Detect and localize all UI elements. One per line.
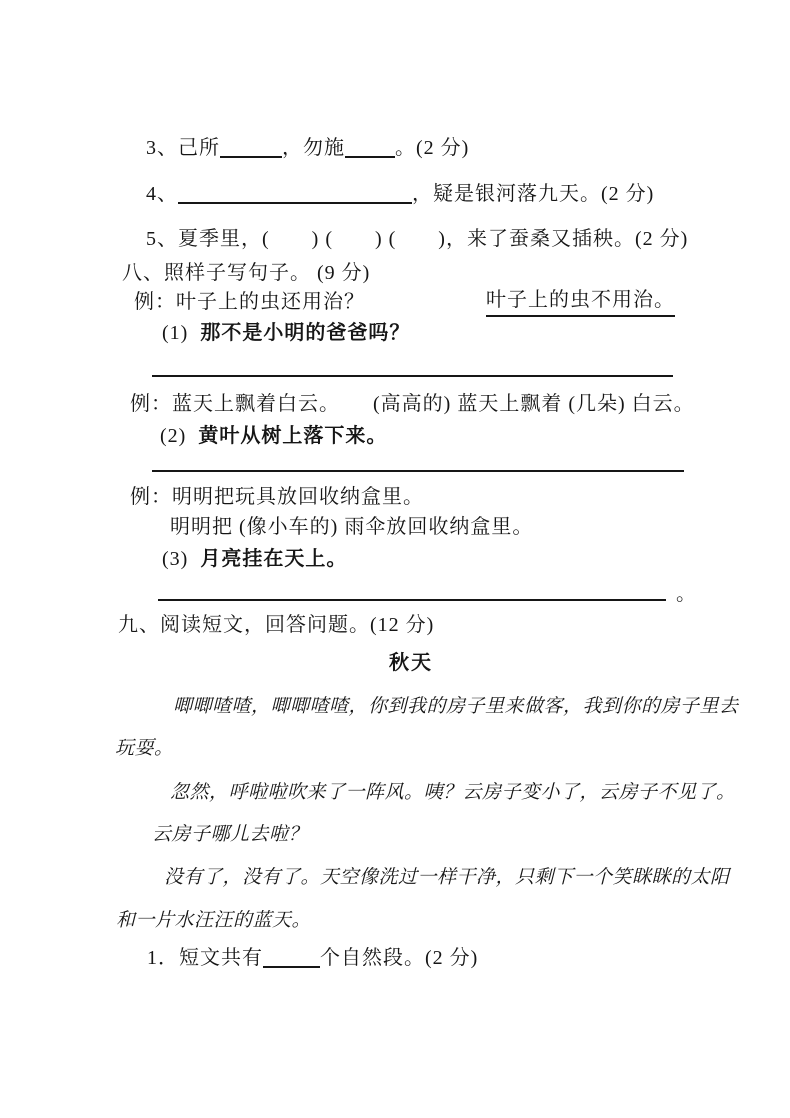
item-3-number: (3) bbox=[162, 548, 188, 570]
answer-line-3 bbox=[158, 599, 666, 601]
reading-question-1-blank bbox=[263, 954, 320, 968]
item-2: (2)黄叶从树上落下来。 bbox=[160, 424, 387, 448]
example-2-left: 例：蓝天上飘着白云。 bbox=[130, 392, 340, 416]
item-1: (1)那不是小明的爸爸吗？ bbox=[162, 321, 410, 345]
section-8-heading: 八、照样子写句子。 (9 分) bbox=[122, 261, 370, 285]
reading-question-1: 1．短文共有个自然段。(2 分) bbox=[147, 946, 478, 970]
example-2-right: (高高的) 蓝天上飘着 (几朵) 白云。 bbox=[373, 392, 695, 416]
item-1-number: (1) bbox=[162, 322, 188, 344]
passage-title: 秋天 bbox=[389, 651, 433, 675]
question-3-mid-text: ，勿施 bbox=[282, 137, 345, 159]
exam-page: 3、己所，勿施。(2 分) 4、，疑是银河落九天。(2 分) 5、夏季里，( )… bbox=[0, 0, 790, 1118]
passage-paragraph-2-line-1: 忽然，呼啦啦吹来了一阵风。咦？云房子变小了，云房子不见了。 bbox=[170, 780, 736, 804]
answer-line-3-period: 。 bbox=[676, 582, 697, 606]
question-5-score: (2 分) bbox=[635, 228, 688, 250]
question-3-end-text: 。 bbox=[395, 137, 416, 159]
item-3: (3)月亮挂在天上。 bbox=[162, 547, 347, 571]
passage-paragraph-1-line-2: 玩耍。 bbox=[115, 736, 174, 760]
question-5: 5、夏季里，( ) ( ) ( )，来了蚕桑又插秧。(2 分) bbox=[146, 227, 688, 251]
reading-question-1-post-text: 个自然段。 bbox=[320, 947, 425, 969]
question-4: 4、，疑是银河落九天。(2 分) bbox=[146, 182, 654, 206]
question-3-number: 3、 bbox=[146, 137, 178, 159]
item-3-text: 月亮挂在天上。 bbox=[200, 548, 347, 570]
question-5-text: 夏季里，( ) ( ) ( )，来了蚕桑又插秧。 bbox=[178, 228, 635, 250]
example-3-line-2: 明明把 (像小车的) 雨伞放回收纳盒里。 bbox=[170, 515, 533, 539]
example-2-label: 例： bbox=[130, 393, 172, 415]
reading-question-1-number: 1． bbox=[147, 947, 179, 969]
passage-paragraph-1-line-1: 唧唧喳喳，唧唧喳喳，你到我的房子里来做客，我到你的房子里去 bbox=[173, 694, 739, 718]
section-9-heading: 九、阅读短文，回答问题。(12 分) bbox=[118, 613, 434, 637]
example-1-answer-text: 叶子上的虫不用治。 bbox=[486, 288, 675, 317]
passage-paragraph-3-line-1: 没有了，没有了。天空像洗过一样干净，只剩下一个笑眯眯的太阳 bbox=[164, 865, 730, 889]
item-2-text: 黄叶从树上落下来。 bbox=[198, 425, 387, 447]
reading-question-1-score: (2 分) bbox=[425, 947, 478, 969]
item-2-number: (2) bbox=[160, 425, 186, 447]
example-1-label: 例： bbox=[134, 291, 176, 313]
example-2-left-text: 蓝天上飘着白云。 bbox=[172, 393, 340, 415]
item-1-text: 那不是小明的爸爸吗？ bbox=[200, 322, 410, 344]
question-4-number: 4、 bbox=[146, 183, 178, 205]
question-3-blank-2 bbox=[345, 144, 395, 158]
example-1-answer: 叶子上的虫不用治。 bbox=[486, 288, 675, 317]
passage-paragraph-3-line-2: 和一片水汪汪的蓝天。 bbox=[116, 908, 311, 932]
question-3-pre-text: 己所 bbox=[178, 137, 220, 159]
example-3-line-1-text: 明明把玩具放回收纳盒里。 bbox=[172, 486, 424, 508]
question-4-score: (2 分) bbox=[601, 183, 654, 205]
question-4-blank bbox=[178, 190, 412, 204]
reading-question-1-pre-text: 短文共有 bbox=[179, 947, 263, 969]
question-4-after-text: ，疑是银河落九天。 bbox=[412, 183, 601, 205]
example-3-line-1: 例：明明把玩具放回收纳盒里。 bbox=[130, 485, 424, 509]
answer-line-1 bbox=[152, 375, 673, 377]
example-1-question: 例：叶子上的虫还用治？ bbox=[134, 290, 365, 314]
question-3-score: (2 分) bbox=[416, 137, 469, 159]
passage-paragraph-2-line-2: 云房子哪儿去啦？ bbox=[152, 822, 308, 846]
example-3-label: 例： bbox=[130, 486, 172, 508]
question-5-number: 5、 bbox=[146, 228, 178, 250]
question-3: 3、己所，勿施。(2 分) bbox=[146, 136, 469, 160]
question-3-blank-1 bbox=[220, 144, 282, 158]
example-1-question-text: 叶子上的虫还用治？ bbox=[176, 291, 365, 313]
answer-line-2 bbox=[152, 470, 684, 472]
